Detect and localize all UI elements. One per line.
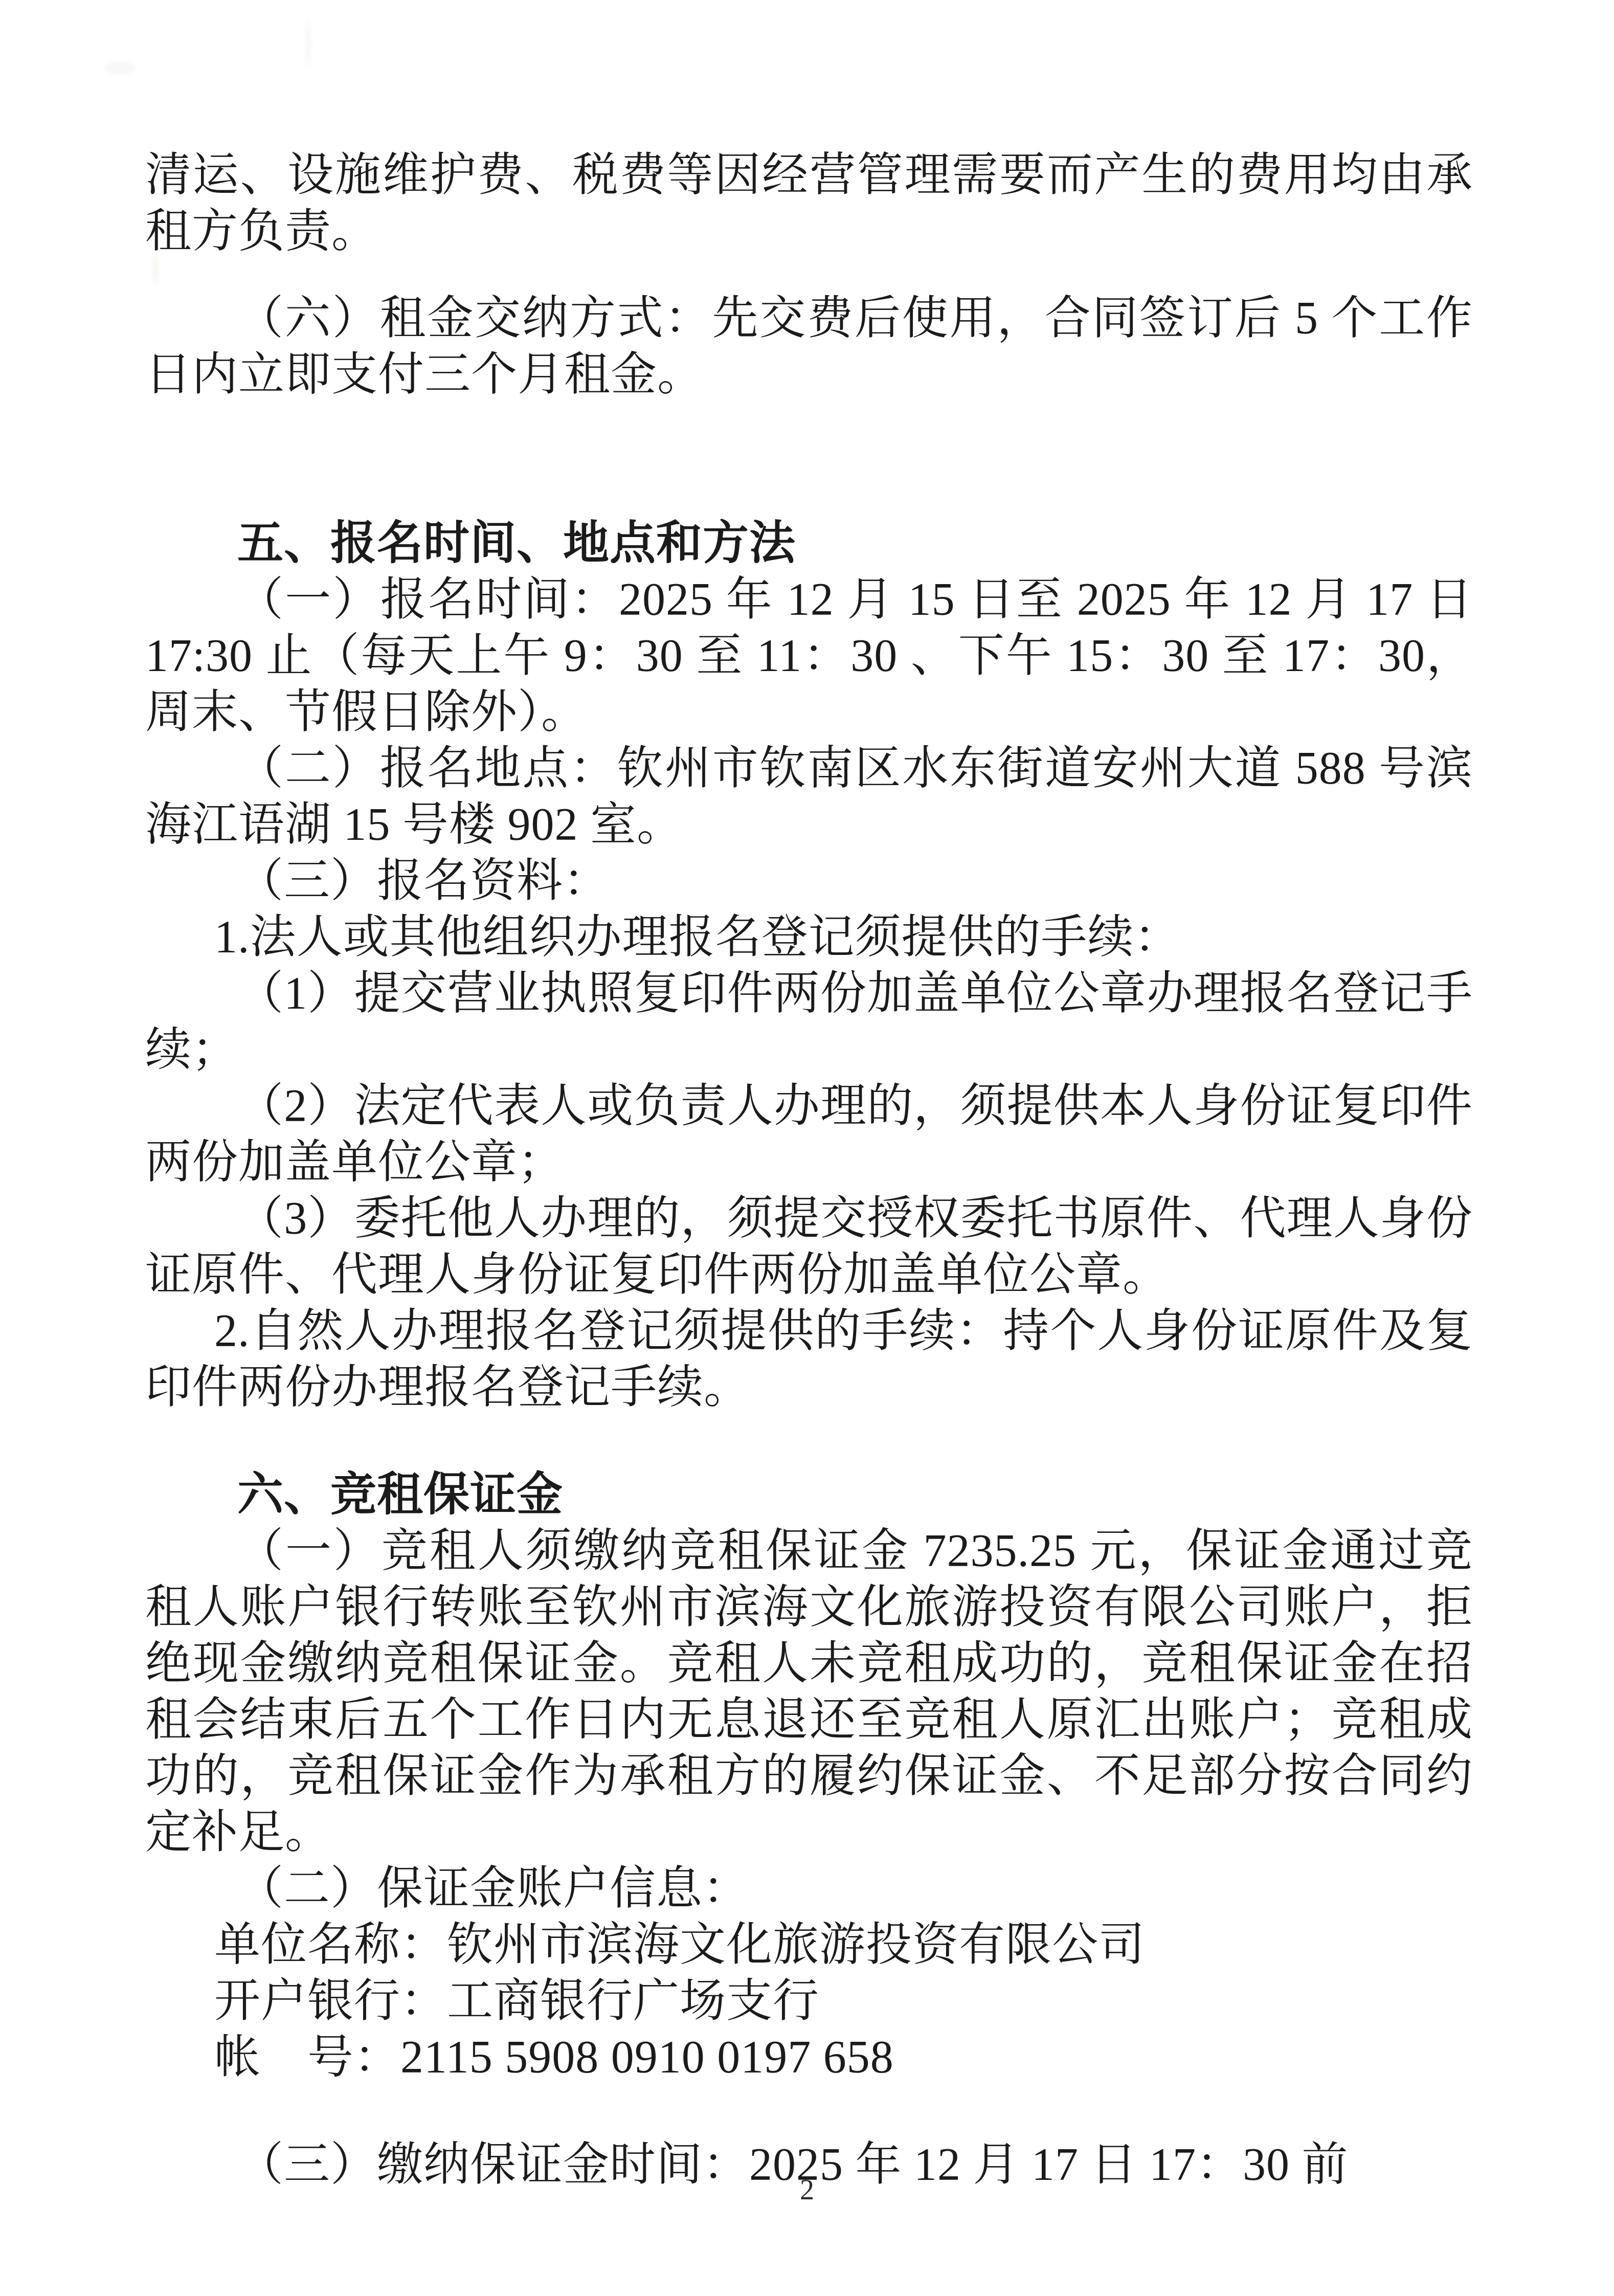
paragraph: （2）法定代表人或负责人办理的，须提供本人身份证复印件两份加盖单位公章；	[145, 1078, 1473, 1191]
page-number: 2	[0, 2175, 1614, 2205]
paragraph: （一）报名时间：2025 年 12 月 15 日至 2025 年 12 月 17…	[145, 572, 1473, 741]
scan-artifact	[306, 20, 311, 66]
document-body: 清运、设施维护费、税费等因经营管理需要而产生的费用均由承租方负责。（六）租金交纳…	[145, 147, 1473, 2193]
section-heading: 五、报名时间、地点和方法	[145, 516, 1473, 572]
paragraph: 清运、设施维护费、税费等因经营管理需要而产生的费用均由承租方负责。	[145, 147, 1473, 260]
paragraph: （二）保证金账户信息：	[145, 1861, 1473, 1917]
section-heading: 六、竞租保证金	[145, 1467, 1473, 1523]
scan-artifact	[105, 61, 136, 75]
paragraph: （1）提交营业执照复印件两份加盖单位公章办理报名登记手续；	[145, 966, 1473, 1078]
paragraph: （六）租金交纳方式：先交费后使用，合同签订后 5 个工作日内立即支付三个月租金。	[145, 291, 1473, 403]
paragraph: 单位名称：钦州市滨海文化旅游投资有限公司	[145, 1917, 1473, 1973]
document-page: { "page": { "number": "2", "background_c…	[0, 0, 1614, 2296]
paragraph: 1.法人或其他组织办理报名登记须提供的手续：	[145, 909, 1473, 966]
paragraph: 帐 号：2115 5908 0910 0197 658	[145, 2030, 1473, 2086]
paragraph: （二）报名地点：钦州市钦南区水东街道安州大道 588 号滨海江语湖 15 号楼 …	[145, 741, 1473, 853]
paragraph: 开户银行：工商银行广场支行	[145, 1973, 1473, 2030]
paragraph: （3）委托他人办理的，须提交授权委托书原件、代理人身份证原件、代理人身份证复印件…	[145, 1191, 1473, 1303]
paragraph: （一）竞租人须缴纳竞租保证金 7235.25 元，保证金通过竞租人账户银行转账至…	[145, 1523, 1473, 1861]
paragraph: （三）报名资料：	[145, 853, 1473, 909]
paragraph: 2.自然人办理报名登记须提供的手续：持个人身份证原件及复印件两份办理报名登记手续…	[145, 1303, 1473, 1416]
